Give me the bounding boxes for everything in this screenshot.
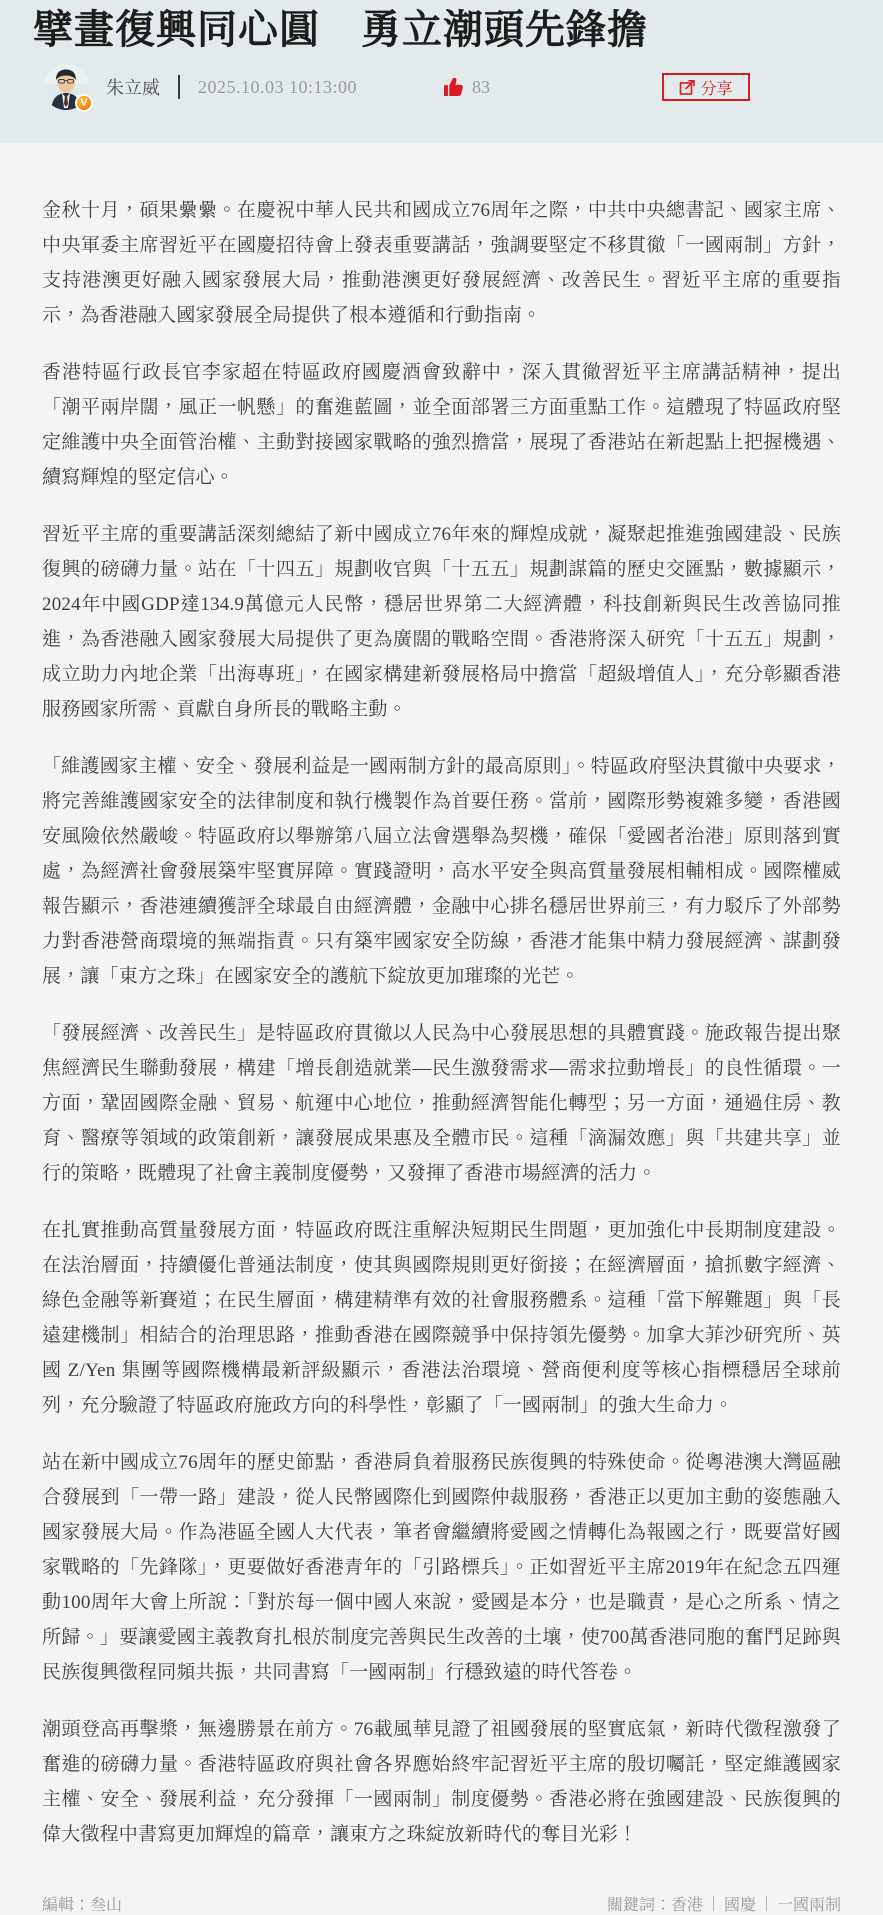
keyword-tag[interactable]: 一國兩制 — [777, 1892, 841, 1915]
share-box-arrow-icon — [679, 79, 696, 96]
share-label: 分享 — [700, 76, 732, 99]
like-count: 83 — [472, 77, 490, 98]
keyword-tag[interactable]: 國慶 — [724, 1892, 756, 1915]
article-paragraph: 在扎實推動高質量發展方面，特區政府既注重解決短期民生問題，更加強化中長期制度建設… — [42, 1213, 841, 1423]
article-footer: 編輯：叁山 關鍵詞： 香港 國慶 一國兩制 — [0, 1874, 883, 1915]
article-header: 擘畫復興同心圓 勇立潮頭先鋒擔 — [0, 0, 883, 143]
author-avatar[interactable]: V — [43, 64, 89, 110]
page-title: 擘畫復興同心圓 勇立潮頭先鋒擔 — [33, 6, 850, 54]
keywords-label: 關鍵詞： — [607, 1892, 671, 1915]
keywords-line: 關鍵詞： 香港 國慶 一國兩制 — [607, 1892, 841, 1915]
article-paragraph: 「發展經濟、改善民生」是特區政府貫徹以人民為中心發展思想的具體實踐。施政報告提出… — [42, 1016, 841, 1191]
article-paragraph: 香港特區行政長官李家超在特區政府國慶酒會致辭中，深入貫徹習近平主席講話精神，提出… — [42, 355, 841, 495]
verified-badge-icon: V — [75, 94, 93, 112]
meta-divider — [178, 75, 180, 99]
article-paragraph: 潮頭登高再擊槳，無邊勝景在前方。76載風華見證了祖國發展的堅實底氣，新時代徵程激… — [42, 1712, 841, 1852]
keyword-divider — [766, 1896, 767, 1911]
keyword-divider — [713, 1896, 714, 1911]
article-page: 擘畫復興同心圓 勇立潮頭先鋒擔 — [0, 0, 883, 1915]
editor-credit: 編輯：叁山 — [42, 1892, 122, 1915]
author-row: V 朱立威 2025.10.03 10:13:00 83 分享 — [43, 63, 850, 111]
article-body: 金秋十月，碩果纍纍。在慶祝中華人民共和國成立76周年之際，中共中央總書記、國家主… — [0, 143, 883, 1852]
keyword-tag[interactable]: 香港 — [671, 1892, 703, 1915]
thumbs-up-icon — [443, 77, 465, 97]
share-button[interactable]: 分享 — [662, 73, 750, 101]
publish-date: 2025.10.03 10:13:00 — [198, 77, 357, 98]
article-paragraph: 習近平主席的重要講話深刻總結了新中國成立76年來的輝煌成就，凝聚起推進強國建設、… — [42, 517, 841, 727]
article-paragraph: 站在新中國成立76周年的歷史節點，香港肩負着服務民族復興的特殊使命。從粵港澳大灣… — [42, 1445, 841, 1690]
like-button[interactable]: 83 — [443, 77, 490, 98]
article-paragraph: 「維護國家主權、安全、發展利益是一國兩制方針的最高原則」。特區政府堅決貫徹中央要… — [42, 749, 841, 994]
article-paragraph: 金秋十月，碩果纍纍。在慶祝中華人民共和國成立76周年之際，中共中央總書記、國家主… — [42, 193, 841, 333]
author-name[interactable]: 朱立威 — [106, 74, 160, 100]
